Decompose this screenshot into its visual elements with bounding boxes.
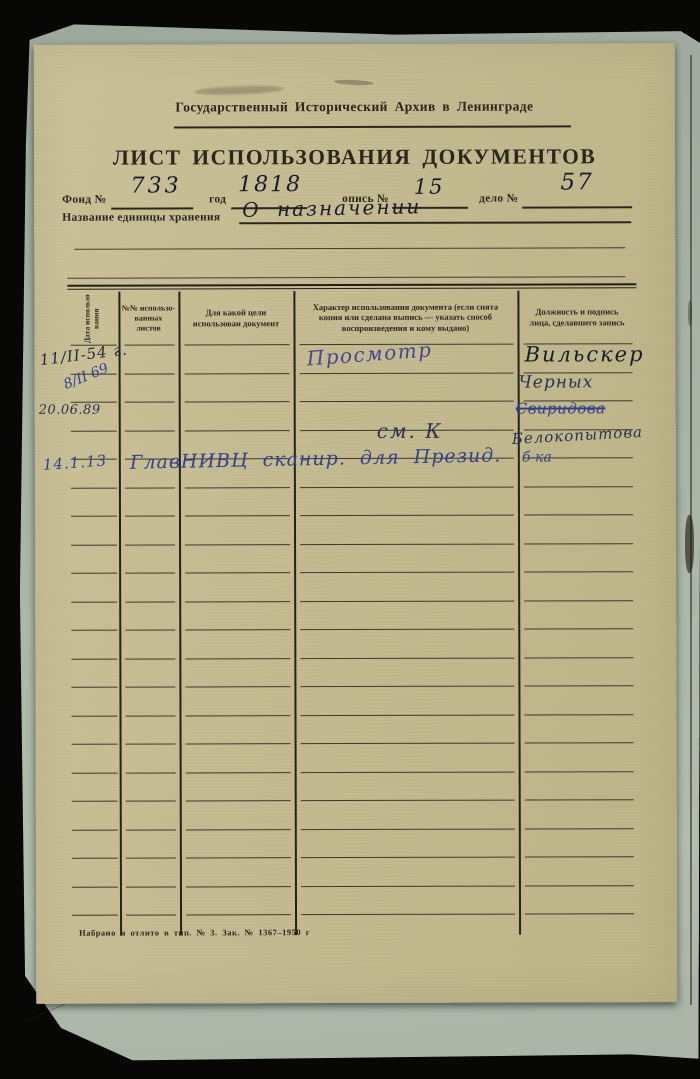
entry-3-date: 20.06.89 [39,403,101,418]
table-row-rule [126,715,176,716]
table-row-rule [186,886,291,888]
table-vertical-rule-1 [118,292,121,936]
table-row-rule [125,373,175,374]
table-row-rule [524,628,633,630]
table-row-rule [186,772,291,774]
table-vertical-rule-3 [293,291,296,935]
entry-3-signature-struck: Свиридова [516,399,606,417]
table-row-rule [185,544,290,546]
table-row-rule [300,657,514,659]
table-row-rule [525,828,634,830]
entry-5-signature: б-ка [522,449,552,465]
table-row-rule [71,601,117,602]
table-row-rule [524,571,633,573]
table-row-rule [300,629,514,631]
table-row-rule [185,572,290,574]
table-row-rule [125,572,175,573]
usage-sheet-page: Государственный Исторический Архив в Лен… [34,43,678,1004]
table-row-rule [524,600,633,602]
table-row-rule [525,885,634,887]
table-row-rule [71,516,117,517]
entry-4-signature: Белокопытова [511,423,643,448]
table-row-rule [126,800,176,801]
table-row-rule [300,572,514,574]
table-row-rule [125,544,175,545]
table-row-rule [300,600,514,602]
delo-rule [522,206,632,208]
entry-2-signature: Черных [519,372,594,392]
table-row-rule [185,401,290,403]
table-row-rule [125,601,175,602]
table-row-rule [301,800,515,802]
scanned-archive-sheet: Государственный Исторический Архив в Лен… [0,0,700,1079]
table-row-rule [300,486,514,488]
unit-name-label: Название единицы хранения [62,211,220,223]
table-row-rule [186,800,291,802]
fond-label: Фонд № [62,194,106,206]
delo-label: дело № [479,193,518,205]
table-row-rule [525,771,634,773]
table-row-rule [301,714,515,716]
table-row-rule [125,658,175,659]
table-row-rule [71,573,117,574]
col-header-position-signature: Должность и подпись лица, сделавшего зап… [517,290,636,343]
table-row-rule [125,487,175,488]
table-row-rule [185,487,290,489]
entry-5-usage: ГлавНИВЦ сканир. для Презид. [130,444,502,473]
table-row-rule [301,828,515,830]
table-row-rule [186,743,291,745]
table-row-rule [301,914,515,916]
table-row-rule [525,856,634,858]
table-row-rule [72,829,118,830]
table-row-rule [185,430,290,432]
table-row-rule [185,373,290,375]
col-header-sheet-numbers: №№ использо- ванных листов [118,291,178,344]
fond-rule [111,207,193,209]
table-row-rule [185,515,290,517]
fond-value: 733 [114,173,198,198]
table-top-double-rule [67,283,636,289]
table-row-rule [72,744,118,745]
table-row-rule [185,629,290,631]
table-row-rule [71,687,117,688]
table-row-rule [72,915,118,916]
entry-1-signature: Вильскер [525,342,645,366]
table-row-rule [301,743,515,745]
table-row-rule [125,686,175,687]
archive-name-underline [174,125,571,128]
table-row-rule [71,430,117,431]
table-row-rule [126,886,176,887]
table-row-rule [185,344,290,346]
col-header-usage-date: Дата использо вания [64,292,118,345]
table-row-rule [524,714,633,716]
entry-4-usage: см. К [377,419,443,443]
table-row-rule [125,401,175,402]
table-row-rule [126,857,176,858]
binding-stain [685,515,694,573]
table-row-rule [71,544,117,545]
col-header-usage-character: Характер использования документа (если с… [293,291,517,345]
table-row-rule [300,686,514,688]
table-row-rule [72,886,118,887]
table-row-rule [186,914,291,916]
delo-value: 57 [520,169,634,195]
table-row-rule [72,858,118,859]
table-row-rule [524,657,633,659]
blank-continuation-rule-2 [67,276,625,279]
table-row-rule [525,742,634,744]
table-row-rule [126,829,176,830]
table-row-rule [524,486,633,488]
table-row-rule [185,686,290,688]
table-row-rule [186,829,291,831]
table-row-rule [126,914,176,915]
table-row-rule [71,487,117,488]
table-row-rule [125,430,175,431]
table-row-rule [524,543,633,545]
ink-smudge [194,85,284,96]
table-row-rule [525,799,634,801]
table-row-rule [185,601,290,603]
unit-name-rule [239,221,631,224]
table-row-rule [300,543,514,545]
table-row-rule [524,685,633,687]
table-row-rule [524,514,633,516]
entry-5-date: 14.1.13 [42,451,107,474]
table-row-rule [301,771,515,773]
binding-stain-small [688,300,692,326]
table-row-rule [525,913,634,915]
table-row-rule [72,715,118,716]
table-row-rule [125,344,175,345]
table-row-rule [126,743,176,744]
table-row-rule [186,715,291,717]
table-row-rule [72,801,118,802]
year-value: 1818 [230,172,310,197]
table-row-rule [125,515,175,516]
table-row-rule [71,658,117,659]
table-row-rule [300,515,514,517]
table-vertical-rule-2 [178,291,181,935]
col-header-purpose: Для какой цели использован документ [178,291,293,344]
table-row-rule [71,630,117,631]
blank-continuation-rule-1 [74,247,625,250]
year-label: год [209,193,226,205]
table-row-rule [186,857,291,859]
ink-smudge-small [334,79,374,86]
table-row-rule [126,772,176,773]
entry-1-date: 11/II-54 г. [39,340,129,369]
print-shop-imprint: Набрано и отлито в тип. № 3. Зак. № 1367… [79,927,310,938]
table-row-rule [300,401,514,403]
form-title: ЛИСТ ИСПОЛЬЗОВАНИЯ ДОКУМЕНТОВ [34,144,675,171]
table-row-rule [301,857,515,859]
table-row-rule [125,629,175,630]
table-row-rule [300,372,514,374]
table-row-rule [301,885,515,887]
archive-name-heading: Государственный Исторический Архив в Лен… [34,98,675,116]
table-row-rule [185,658,290,660]
table-row-rule [72,772,118,773]
unit-name-value: О назначении [242,194,422,222]
